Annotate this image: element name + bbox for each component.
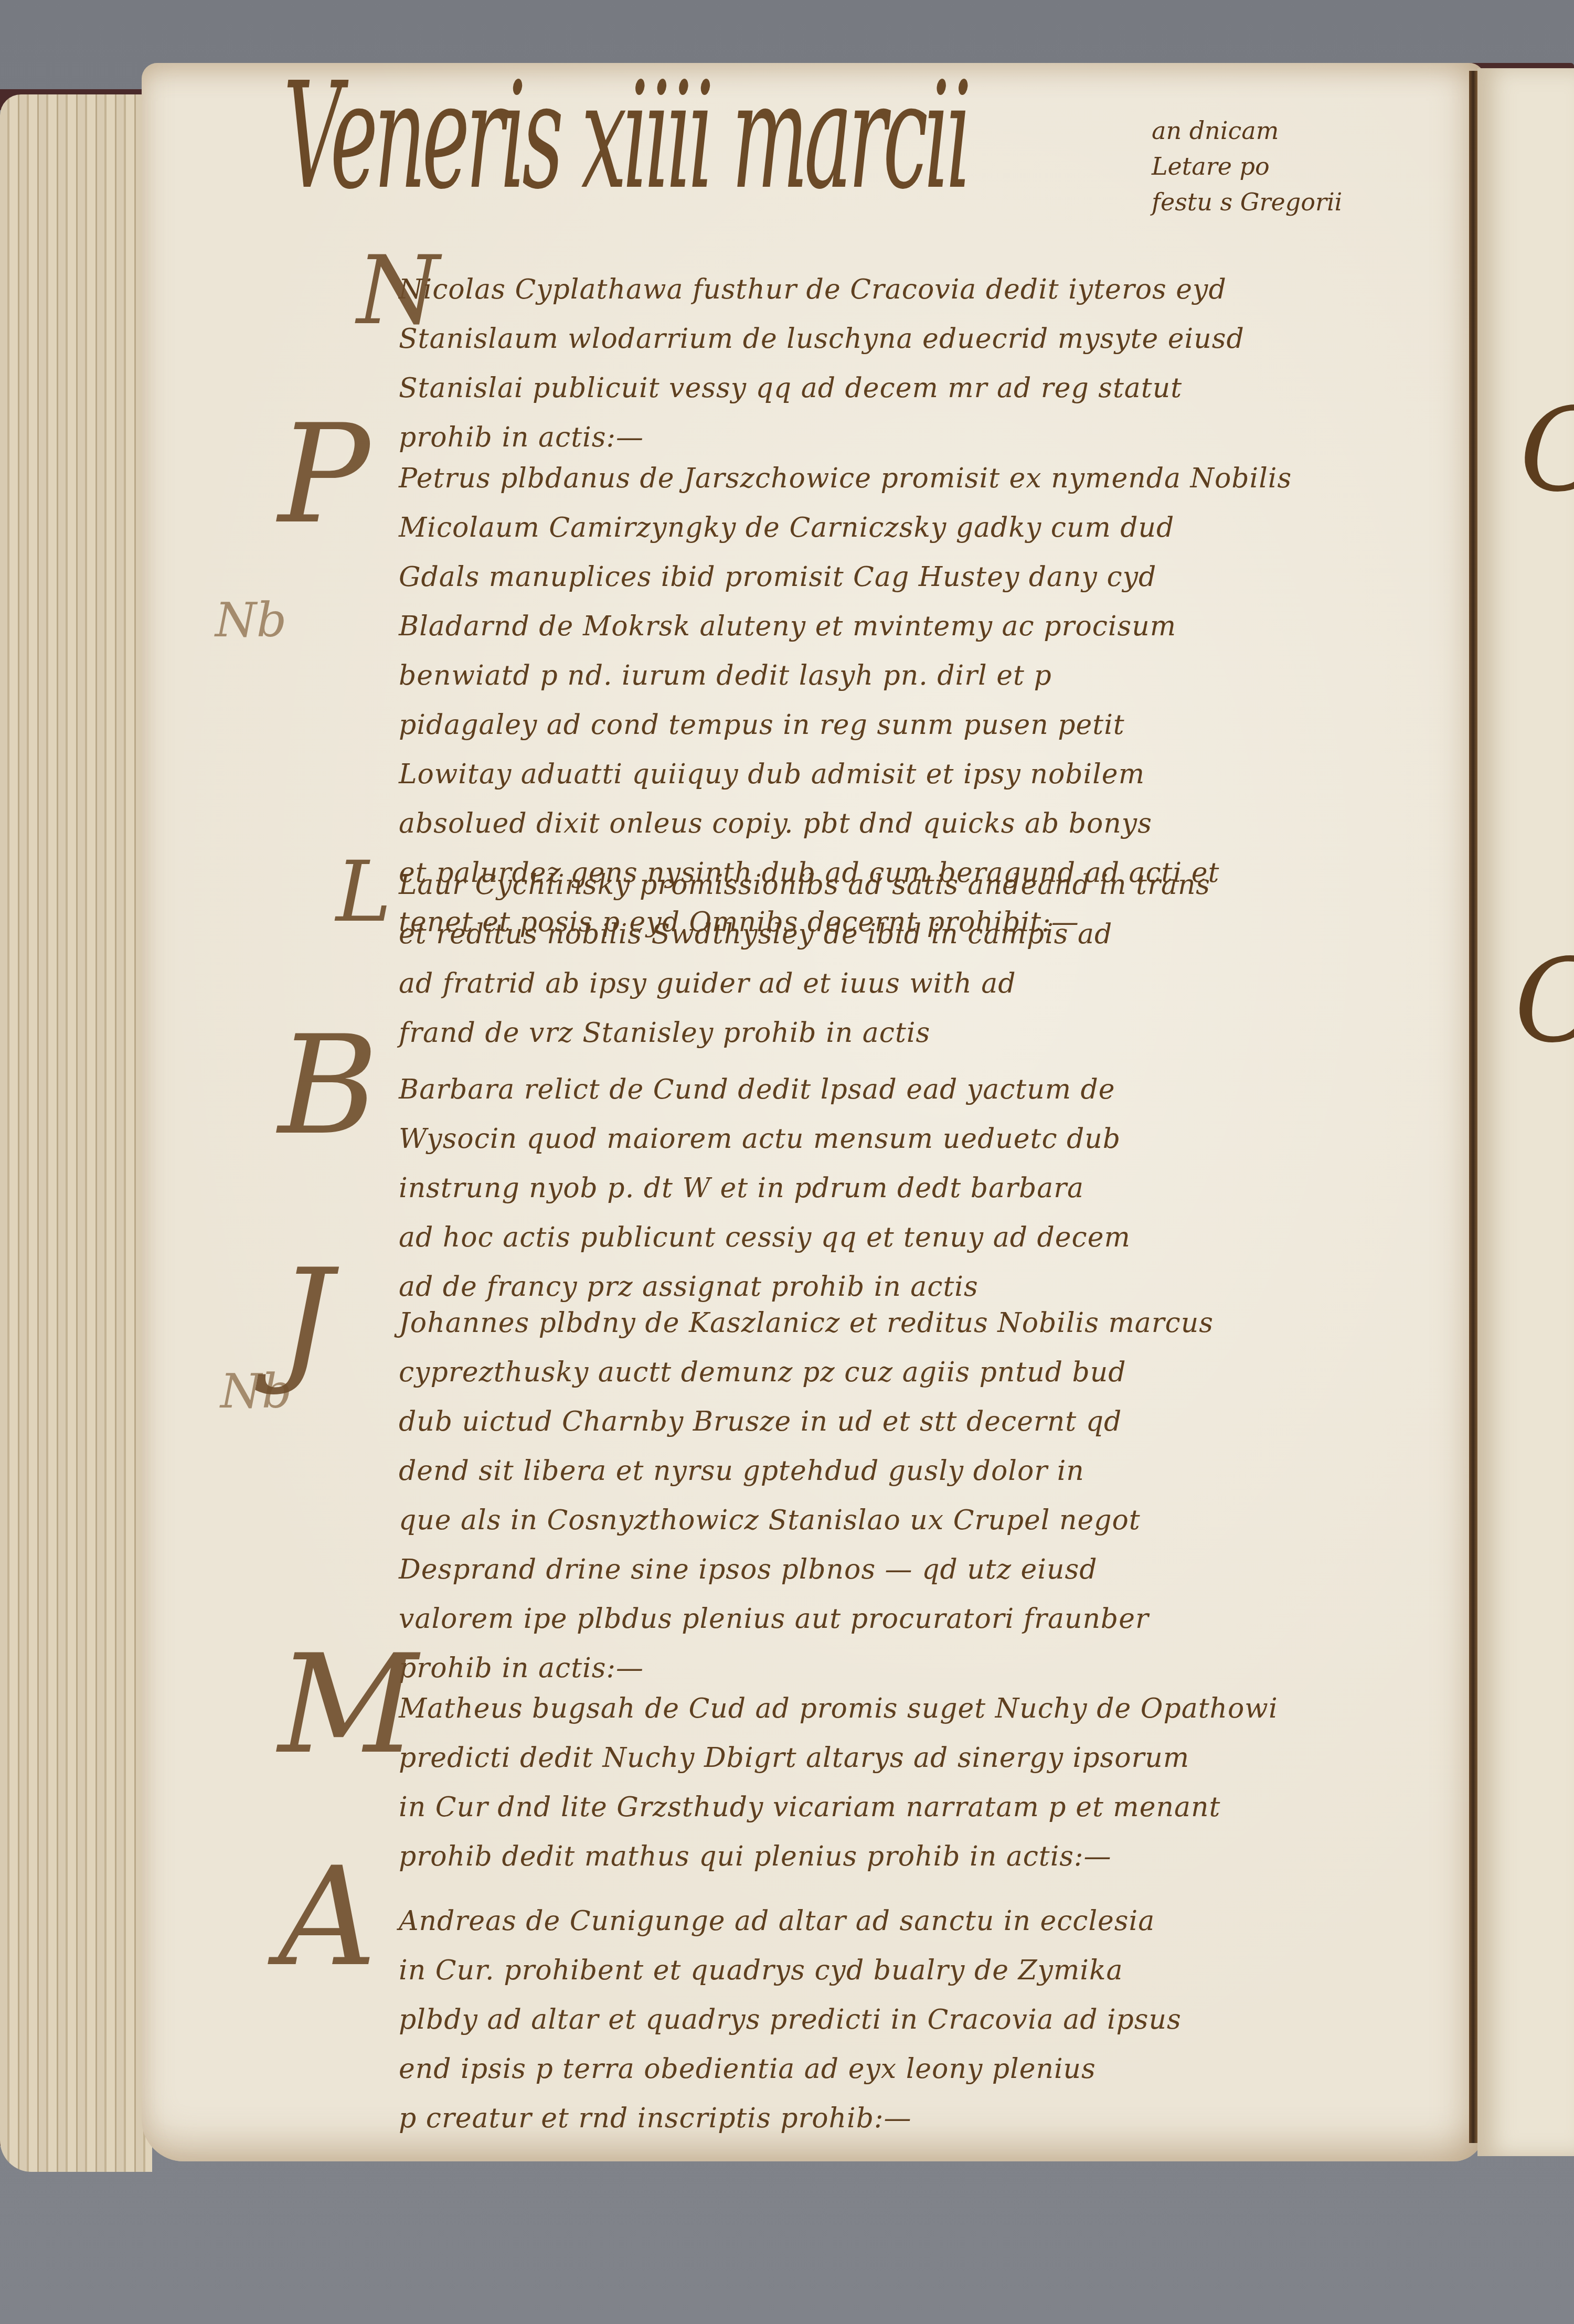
- entry-line: prohib dedit mathus qui plenius prohib i…: [399, 1832, 1469, 1881]
- facing-page: C C: [1477, 68, 1574, 2156]
- entry-line: Lowitay aduatti quiiquy dub admisit et i…: [399, 750, 1469, 799]
- entry-line: Gdals manuplices ibid promisit Cag Huste…: [399, 552, 1469, 602]
- page-heading: Veneris xiiii marcii: [283, 63, 967, 210]
- entry-initial: A: [278, 1849, 377, 1986]
- margin-note-line: festu s Gregorii: [1152, 184, 1342, 220]
- entry-line: absolued dixit onleus copiy. pbt dnd qui…: [399, 799, 1469, 848]
- entry-line: ad fratrid ab ipsy guider ad et iuus wit…: [399, 959, 1469, 1008]
- entry-line: Stanislai publicuit vessy qq ad decem mr…: [399, 364, 1469, 413]
- marginal-nota-bene-mark: Nb: [215, 593, 286, 648]
- entry-line: p creatur et rnd inscriptis prohib:—: [399, 2094, 1469, 2143]
- register-entry: N Nicolas Cyplathawa fusthur de Cracovia…: [399, 265, 1469, 462]
- entry-line: Laur Cychlinsky promissionibs ad satis a…: [399, 860, 1469, 910]
- entry-line: valorem ipe plbdus plenius aut procurato…: [399, 1594, 1469, 1644]
- register-entry: L Laur Cychlinsky promissionibs ad satis…: [399, 860, 1469, 1058]
- book-gutter: [1469, 71, 1477, 2143]
- entry-line: Desprand drine sine ipsos plbnos — qd ut…: [399, 1545, 1469, 1594]
- page-stack-edges: [0, 94, 152, 2172]
- facing-page-initial: C: [1519, 383, 1574, 517]
- entry-line: Johannes plbdny de Kaszlanicz et reditus…: [399, 1298, 1469, 1348]
- entry-initial: N: [357, 244, 440, 338]
- margin-note-line: Letare po: [1152, 148, 1342, 184]
- margin-note-line: an dnicam: [1152, 113, 1342, 148]
- entry-line: dub uictud Charnby Brusze in ud et stt d…: [399, 1397, 1469, 1446]
- entry-line: dend sit libera et nyrsu gptehdud gusly …: [399, 1446, 1469, 1496]
- entry-line: et reditus nobilis Swdthysley de ibid in…: [399, 910, 1469, 959]
- entry-line: Micolaum Camirzyngky de Carniczsky gadky…: [399, 503, 1469, 552]
- register-entry: A Andreas de Cunigunge ad altar ad sanct…: [399, 1896, 1469, 2143]
- entry-line: Petrus plbdanus de Jarszchowice promisit…: [399, 454, 1469, 503]
- entry-line: Barbara relict de Cund dedit lpsad ead y…: [399, 1065, 1469, 1114]
- entry-initial: B: [278, 1018, 378, 1154]
- entry-line: frand de vrz Stanisley prohib in actis: [399, 1008, 1469, 1058]
- entry-line: cyprezthusky auctt demunz pz cuz agiis p…: [399, 1348, 1469, 1397]
- entry-line: que als in Cosnyzthowicz Stanislao ux Cr…: [399, 1496, 1469, 1545]
- entry-initial: J: [278, 1251, 333, 1388]
- entry-line: Andreas de Cunigunge ad altar ad sanctu …: [399, 1896, 1469, 1946]
- entry-initial: L: [336, 850, 391, 934]
- entry-initial: P: [278, 407, 370, 543]
- entry-line: Nicolas Cyplathawa fusthur de Cracovia d…: [399, 265, 1469, 314]
- register-entry: J Johannes plbdny de Kaszlanicz et redit…: [399, 1298, 1469, 1693]
- entry-line: end ipsis p terra obedientia ad eyx leon…: [399, 2044, 1469, 2094]
- entry-line: benwiatd p nd. iurum dedit lasyh pn. dir…: [399, 651, 1469, 700]
- entry-line: pidagaley ad cond tempus in reg sunm pus…: [399, 700, 1469, 750]
- entry-line: Bladarnd de Mokrsk aluteny et mvintemy a…: [399, 602, 1469, 651]
- facing-page-initial: C: [1514, 934, 1574, 1068]
- entry-line: Stanislaum wlodarrium de luschyna eduecr…: [399, 314, 1469, 364]
- entry-initial: M: [278, 1637, 418, 1773]
- entry-line: ad hoc actis publicunt cessiy qq et tenu…: [399, 1213, 1469, 1262]
- entry-line: plbdy ad altar et quadrys predicti in Cr…: [399, 1995, 1469, 2044]
- entry-line: predicti dedit Nuchy Dbigrt altarys ad s…: [399, 1733, 1469, 1783]
- register-entry: M Matheus bugsah de Cud ad promis suget …: [399, 1684, 1469, 1881]
- entry-line: Wysocin quod maiorem actu mensum ueduetc…: [399, 1114, 1469, 1164]
- entry-line: in Cur dnd lite Grzsthudy vicariam narra…: [399, 1783, 1469, 1832]
- entry-line: in Cur. prohibent et quadrys cyd bualry …: [399, 1946, 1469, 1995]
- margin-note: an dnicam Letare po festu s Gregorii: [1152, 113, 1342, 220]
- entry-line: Matheus bugsah de Cud ad promis suget Nu…: [399, 1684, 1469, 1733]
- register-entry: B Barbara relict de Cund dedit lpsad ead…: [399, 1065, 1469, 1312]
- entry-line: instrung nyob p. dt W et in pdrum dedt b…: [399, 1164, 1469, 1213]
